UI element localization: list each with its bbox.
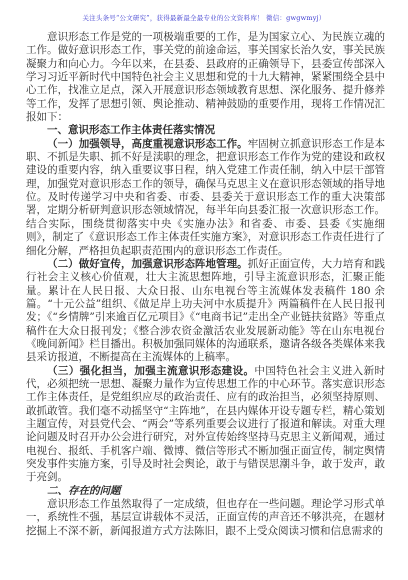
paragraph-lead: （一）加强领导，高度重视意识形态工作。 (47, 138, 248, 150)
paragraph-lead: （二）做好宣传，加强意识形态阵地管理。 (47, 258, 248, 270)
paragraph: （二）做好宣传，加强意识形态阵地管理。抓好正面宣传，大力培育和践行社会主义核心价… (26, 258, 385, 365)
paragraph: 意识形态工作虽然取得了一定成绩，但也存在一些问题。理论学习形式单一，系统性不强，… (26, 498, 385, 538)
paragraph: 意识形态工作是党的一项极端重要的工作，是为国家立心、为民族立魂的工作。做好意识形… (26, 31, 385, 124)
section-heading: 一、意识形态工作主体责任落实情况 (26, 124, 385, 137)
paragraph-lead: （三）强化担当，加强主流意识形态建设。 (47, 365, 254, 377)
document-body: 意识形态工作是党的一项极端重要的工作，是为国家立心、为民族立魂的工作。做好意识形… (26, 31, 385, 538)
watermark-header: 关注头条号“公文研究”，获得最新最全最专业的公文资料库！ 微信：gwgwmyj） (0, 13, 408, 22)
section-heading: 二、存在的问题 (26, 485, 385, 498)
paragraph: （三）强化担当，加强主流意识形态建设。中国特色社会主义进入新时代，必须把统一思想… (26, 365, 385, 485)
paragraph: （一）加强领导，高度重视意识形态工作。牢固树立抓意识形态工作是本职、不抓是失职、… (26, 138, 385, 258)
